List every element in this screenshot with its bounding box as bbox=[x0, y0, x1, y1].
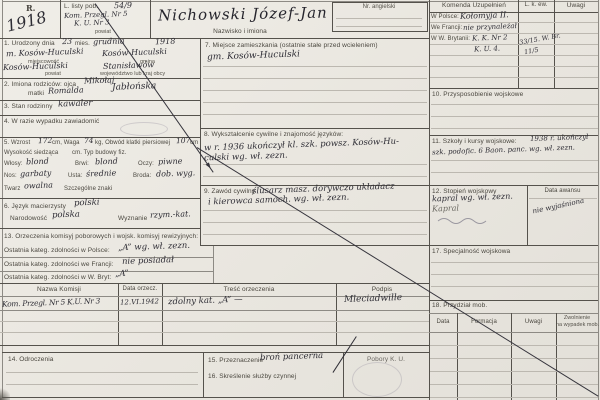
ruled-line bbox=[6, 372, 198, 373]
pob-hand2: K. U. Nr 3 bbox=[74, 18, 110, 27]
grid-line-h bbox=[2, 397, 429, 398]
s6-religion-value: rzym.-kat. bbox=[150, 209, 191, 219]
s1-powiat-sub: powiat bbox=[45, 71, 61, 77]
s5-face-label: Twarz bbox=[4, 186, 21, 192]
grid-line-v bbox=[457, 313, 458, 400]
nr-angielski-label: Nr. angielski bbox=[332, 4, 426, 10]
round-stamp bbox=[352, 362, 402, 397]
s5-marks-label: Szczególne znaki bbox=[64, 186, 112, 192]
s5-label: 5. Wzrost bbox=[4, 140, 30, 146]
s10-label: 10. Przysposobienie wojskowe bbox=[432, 91, 523, 98]
s5-u1-label: cm, Waga bbox=[52, 140, 80, 146]
ruled-line bbox=[431, 104, 598, 105]
ruled-line bbox=[529, 198, 597, 199]
s13-row1-podpis: Mleciadwille bbox=[344, 293, 402, 305]
ruled-line bbox=[431, 286, 598, 287]
s8-value-line2: culski wg. wł. zezn. bbox=[204, 151, 288, 164]
s1-day-value: 23 bbox=[62, 37, 72, 46]
ruled-line bbox=[431, 274, 598, 275]
pob-label: L. listy pob. bbox=[64, 3, 98, 10]
grid-line-v bbox=[60, 0, 61, 38]
grid-line-h bbox=[429, 12, 598, 13]
s5-hair-value: blond bbox=[26, 157, 49, 167]
s12-awans-value: nie wyjaśniona bbox=[532, 197, 585, 216]
s5-chin-value: dob. wyg. bbox=[156, 168, 195, 178]
ku-polsce-label: W Polsce: bbox=[431, 14, 459, 20]
s17-label: 17. Specjalność wojskowa bbox=[432, 248, 510, 255]
s5-eyes-value: piwne bbox=[158, 157, 183, 167]
s1-gmina-value: Kosów-Huculski bbox=[102, 47, 167, 58]
s2-mother-value: Romalda bbox=[48, 85, 84, 95]
s1-label: 1. Urodzony dnia bbox=[4, 40, 55, 47]
s8-value-line1: w r. 1936 ukończył kl. szk. powsz. Kosów… bbox=[204, 137, 399, 154]
grid-line-h bbox=[0, 257, 213, 258]
pob-sub-label: powiat bbox=[78, 29, 128, 35]
s3-label: 3. Stan rodzinny bbox=[4, 103, 53, 110]
ku-polsce-value: Kołomyja II. bbox=[460, 10, 509, 21]
ku-brytanii-label: W W. Brytanii: bbox=[431, 36, 470, 42]
s2-father-value: Mikołaj bbox=[84, 75, 115, 85]
grid-line-v bbox=[150, 0, 151, 38]
ruled-line bbox=[431, 128, 598, 129]
pobory-label: Pobory K. U. bbox=[345, 356, 427, 363]
s9-label: 9. Zawód cywilny bbox=[204, 188, 255, 195]
grid-line-h bbox=[200, 245, 429, 246]
s6-language-value: polski bbox=[74, 198, 100, 209]
grid-line-h bbox=[0, 100, 200, 101]
s13-row1-komisja: Kom. Przegl. Nr 5 K.U. Nr 3 bbox=[2, 296, 100, 308]
pob-value: 54/9 bbox=[114, 1, 132, 11]
s14-label: 14. Odroczenia bbox=[8, 356, 53, 363]
grid-line-v bbox=[203, 352, 204, 397]
s3-value: kawaler bbox=[58, 98, 93, 109]
s13-bryt-label: Ostatnia kateg. zdolności w W. Bryt: bbox=[4, 274, 111, 281]
s18-col-zwolnienie2: na wypadek mob. bbox=[556, 322, 598, 328]
s18-col-zwolnienie: Zwolnienie bbox=[556, 315, 598, 321]
s12-rank-value2: Kapral bbox=[432, 204, 459, 214]
ruled-line bbox=[336, 18, 422, 19]
ruled-line bbox=[6, 384, 198, 385]
lkew-header: L. k. ew. bbox=[519, 2, 553, 8]
grid-line-v bbox=[213, 245, 214, 283]
ruled-line bbox=[430, 44, 598, 45]
s8-label: 8. Wykształcenie cywilne i znajomość jęz… bbox=[204, 131, 343, 138]
grid-line-v bbox=[2, 0, 3, 398]
s5-nose-label: Nos: bbox=[4, 173, 17, 179]
s13-row1-data: 12.VI.1942 bbox=[120, 297, 159, 306]
s2-matki-label: matki bbox=[28, 90, 44, 97]
ku-header: Komenda Uzupełnień bbox=[431, 2, 517, 9]
s13-col-podpis: Podpis bbox=[336, 286, 428, 293]
grid-line-h bbox=[429, 245, 598, 246]
grid-line-h bbox=[200, 128, 429, 129]
grid-line-v bbox=[200, 38, 201, 245]
grid-line-h bbox=[0, 310, 429, 311]
ruled-line bbox=[203, 210, 427, 211]
s5-chin-label: Broda: bbox=[133, 173, 151, 179]
grid-line-h bbox=[0, 345, 429, 346]
grid-line-h bbox=[429, 185, 598, 186]
s1-year-value: 1918 bbox=[155, 37, 176, 47]
s5-weight-value: 74 bbox=[84, 136, 94, 145]
s16-label: 16. Skreślenie służby czynnej bbox=[208, 373, 296, 380]
s12-awans-label: Data awansu bbox=[527, 188, 598, 194]
ruled-line bbox=[431, 262, 598, 263]
ruled-line bbox=[0, 332, 429, 333]
s5-mouth-label: Usta: bbox=[68, 173, 83, 179]
s5-sitting-label: Wysokość siedząca bbox=[4, 150, 58, 156]
s5-mouth-value: średnie bbox=[86, 168, 117, 178]
record-card-scan: R. 1918 L. listy pob. 54/9 Kom. Przegl. … bbox=[0, 0, 600, 400]
ruled-line bbox=[431, 172, 598, 173]
s11-value-line1: 1938 r. ukończył bbox=[530, 133, 589, 143]
ruled-line bbox=[430, 77, 598, 78]
ruled-line bbox=[203, 114, 427, 115]
grid-line-h bbox=[429, 313, 598, 314]
grid-line-v bbox=[118, 283, 119, 345]
ruled-line bbox=[203, 90, 427, 91]
ku-francji-value: nie przynależał bbox=[463, 22, 517, 32]
s13-row1-tresc: zdolny kat. „A” — bbox=[168, 295, 243, 308]
s1-woj-value: Stanisławów bbox=[103, 60, 154, 71]
faint-stamp bbox=[120, 122, 168, 136]
grid-line-h bbox=[0, 137, 200, 138]
s6-language-label: 6. Język macierzysty bbox=[4, 203, 66, 210]
ruled-line bbox=[203, 234, 427, 235]
s11-value-line2: szk. podofic. 6 Baon. panc. wg. wł. zezn… bbox=[432, 144, 575, 157]
grid-line-h bbox=[2, 352, 429, 353]
s1-birthplace-value: m. Kosów-Huculski bbox=[6, 47, 84, 59]
grid-line-v bbox=[343, 352, 344, 397]
s13-col-tresc: Treść orzeczenia bbox=[162, 286, 336, 293]
s4-label: 4. W razie wypadku zawiadomić bbox=[4, 118, 99, 125]
s13-col-komisja: Nazwa Komisji bbox=[0, 286, 118, 293]
grid-line-h bbox=[0, 283, 429, 284]
ku-francji-label: We Francji: bbox=[431, 25, 462, 31]
name-sub-label: Nazwisko i imiona bbox=[180, 28, 300, 35]
s13-francji-value: nie posiadał bbox=[122, 255, 174, 267]
ruled-line bbox=[203, 164, 427, 165]
grid-line-v bbox=[429, 0, 430, 400]
scan-smudge bbox=[0, 386, 10, 400]
ruled-line bbox=[430, 358, 598, 359]
grid-line-h bbox=[0, 228, 200, 229]
s13-francji-label: Ostatnia kateg. zdolności we Francji: bbox=[4, 261, 114, 268]
s5-nose-value: garbaty bbox=[20, 168, 52, 178]
s6-nationality-label: Narodowość bbox=[10, 215, 47, 222]
s13-polsce-value: „A” wg. wł. zezn. bbox=[118, 241, 190, 254]
s5-eyes-label: Oczy: bbox=[138, 161, 154, 167]
grid-line-v bbox=[511, 313, 512, 400]
ruled-line bbox=[431, 160, 598, 161]
s13-bryt-value: „A” bbox=[115, 269, 129, 279]
s5-face-value: owalna bbox=[24, 180, 53, 190]
grid-line-v bbox=[598, 0, 599, 400]
ruled-line bbox=[336, 26, 422, 27]
ruled-line bbox=[203, 66, 427, 67]
s5-brows-value: blond bbox=[95, 157, 118, 167]
s7-value: gm. Kosów-Huculski bbox=[207, 49, 300, 62]
uwagi-header: Uwagi bbox=[555, 2, 597, 9]
grid-line-v bbox=[527, 185, 528, 245]
s5-height-value: 172 bbox=[38, 136, 53, 145]
ruled-line bbox=[203, 176, 427, 177]
grid-line-h bbox=[429, 300, 598, 301]
ruled-line bbox=[430, 371, 598, 372]
s5-hair-label: Włosy: bbox=[4, 161, 23, 167]
s5-build-label: cm. Typ budowy fiz. bbox=[72, 150, 126, 156]
s6-religion-label: Wyznanie bbox=[118, 215, 147, 222]
ruled-line bbox=[430, 66, 598, 67]
signature-squiggle bbox=[436, 215, 496, 225]
s15-value: broń pancerna bbox=[260, 351, 323, 363]
s12-rank-value: kapral wg. wł. zezn. bbox=[432, 192, 513, 204]
s5-brows-label: Brwi: bbox=[75, 161, 89, 167]
s13-polsce-label: Ostatnia kateg. zdolności w Polsce: bbox=[4, 247, 110, 254]
grid-line-h bbox=[0, 198, 200, 199]
grid-line-h bbox=[429, 332, 598, 333]
s11-label: 11. Szkoły i kursy wojskowe: bbox=[432, 138, 517, 145]
year-handwritten: 1918 bbox=[4, 7, 48, 35]
ruled-line bbox=[0, 321, 429, 322]
ruled-line bbox=[430, 397, 598, 398]
ruled-line bbox=[430, 55, 598, 56]
ruled-line bbox=[431, 116, 598, 117]
ruled-line bbox=[203, 102, 427, 103]
s18-label: 18. Przydział mob. bbox=[432, 302, 487, 309]
ruled-line bbox=[430, 384, 598, 385]
grid-line-h bbox=[0, 115, 200, 116]
s6-nationality-value: polska bbox=[52, 210, 80, 221]
grid-line-h bbox=[0, 271, 213, 272]
ruled-line bbox=[430, 33, 598, 34]
s15-label: 15. Przeznaczenie bbox=[208, 357, 263, 364]
grid-line-h bbox=[429, 88, 598, 89]
ruled-line bbox=[203, 78, 427, 79]
ku-brytanii-value2: K. U. 4. bbox=[474, 45, 500, 54]
s13-col-data: Data orzecz. bbox=[118, 286, 162, 292]
s7-label: 7. Miejsce zamieszkania (ostatnie stałe … bbox=[205, 42, 378, 49]
s18-col-data: Data bbox=[429, 319, 457, 325]
ruled-line bbox=[203, 222, 427, 223]
s5-u2-label: kg, Obwód klatki piersiowej bbox=[95, 140, 170, 146]
s18-col-uwagi: Uwagi bbox=[511, 319, 556, 325]
surname-given-names: Nichowski Józef-Jan bbox=[158, 4, 328, 25]
s13-label: 13. Orzeczenia komisyj poborowych i wojs… bbox=[4, 233, 198, 240]
ku-brytanii-value: K. K. Nr 2 bbox=[472, 33, 508, 42]
